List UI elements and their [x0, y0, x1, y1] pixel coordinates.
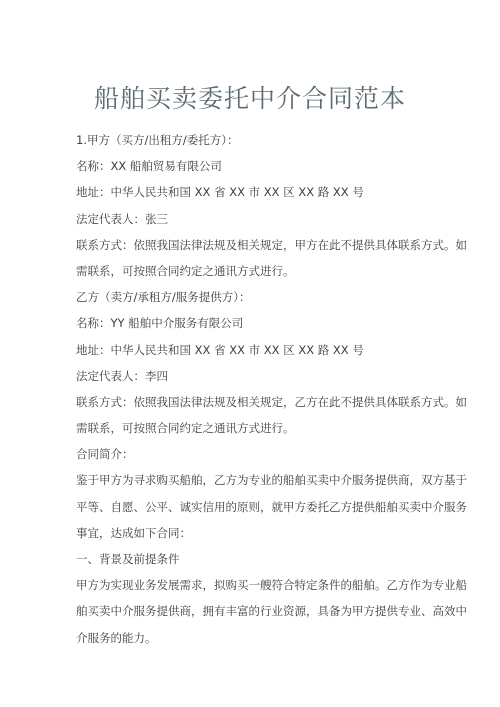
section-1-line-1: 甲方为实现业务发展需求，拟购买一艘符合特定条件的船舶。乙方作为专业船: [76, 572, 426, 598]
document-body: 1.甲方（买方/出租方/委托方）： 名称：XX 船舶贸易有限公司 地址：中华人民…: [76, 127, 426, 651]
party-b-address: 地址：中华人民共和国 XX 省 XX 市 XX 区 XX 路 XX 号: [76, 337, 426, 363]
section-1-line-3: 介服务的能力。: [76, 625, 426, 651]
party-a-name: 名称：XX 船舶贸易有限公司: [76, 153, 426, 179]
party-b-name: 名称：YY 船舶中介服务有限公司: [76, 310, 426, 336]
contract-summary-line-2: 平等、自愿、公平、诚实信用的原则，就甲方委托乙方提供船舶买卖中介服务: [76, 494, 426, 520]
party-a-heading: 1.甲方（买方/出租方/委托方）：: [76, 127, 426, 153]
contract-summary-line-1: 鉴于甲方为寻求购买船舶，乙方为专业的船舶买卖中介服务提供商，双方基于: [76, 467, 426, 493]
party-a-representative: 法定代表人：张三: [76, 206, 426, 232]
party-a-contact-line-1: 联系方式：依照我国法律法规及相关规定，甲方在此不提供具体联系方式。如: [76, 232, 426, 258]
contract-summary-line-3: 事宜，达成如下合同：: [76, 520, 426, 546]
document-title: 船舶买卖委托中介合同范本: [0, 82, 500, 116]
party-b-heading: 乙方（卖方/承租方/服务提供方）：: [76, 284, 426, 310]
contract-summary-heading: 合同简介：: [76, 441, 426, 467]
party-b-representative: 法定代表人：李四: [76, 363, 426, 389]
section-1-line-2: 舶买卖中介服务提供商，拥有丰富的行业资源，具备为甲方提供专业、高效中: [76, 598, 426, 624]
party-a-contact-line-2: 需联系，可按照合同约定之通讯方式进行。: [76, 258, 426, 284]
document-page: 船舶买卖委托中介合同范本 1.甲方（买方/出租方/委托方）： 名称：XX 船舶贸…: [0, 0, 500, 707]
party-a-address: 地址：中华人民共和国 XX 省 XX 市 XX 区 XX 路 XX 号: [76, 179, 426, 205]
party-b-contact-line-2: 需联系，可按照合同约定之通讯方式进行。: [76, 415, 426, 441]
party-b-contact-line-1: 联系方式：依照我国法律法规及相关规定，乙方在此不提供具体联系方式。如: [76, 389, 426, 415]
section-1-heading: 一、背景及前提条件: [76, 546, 426, 572]
